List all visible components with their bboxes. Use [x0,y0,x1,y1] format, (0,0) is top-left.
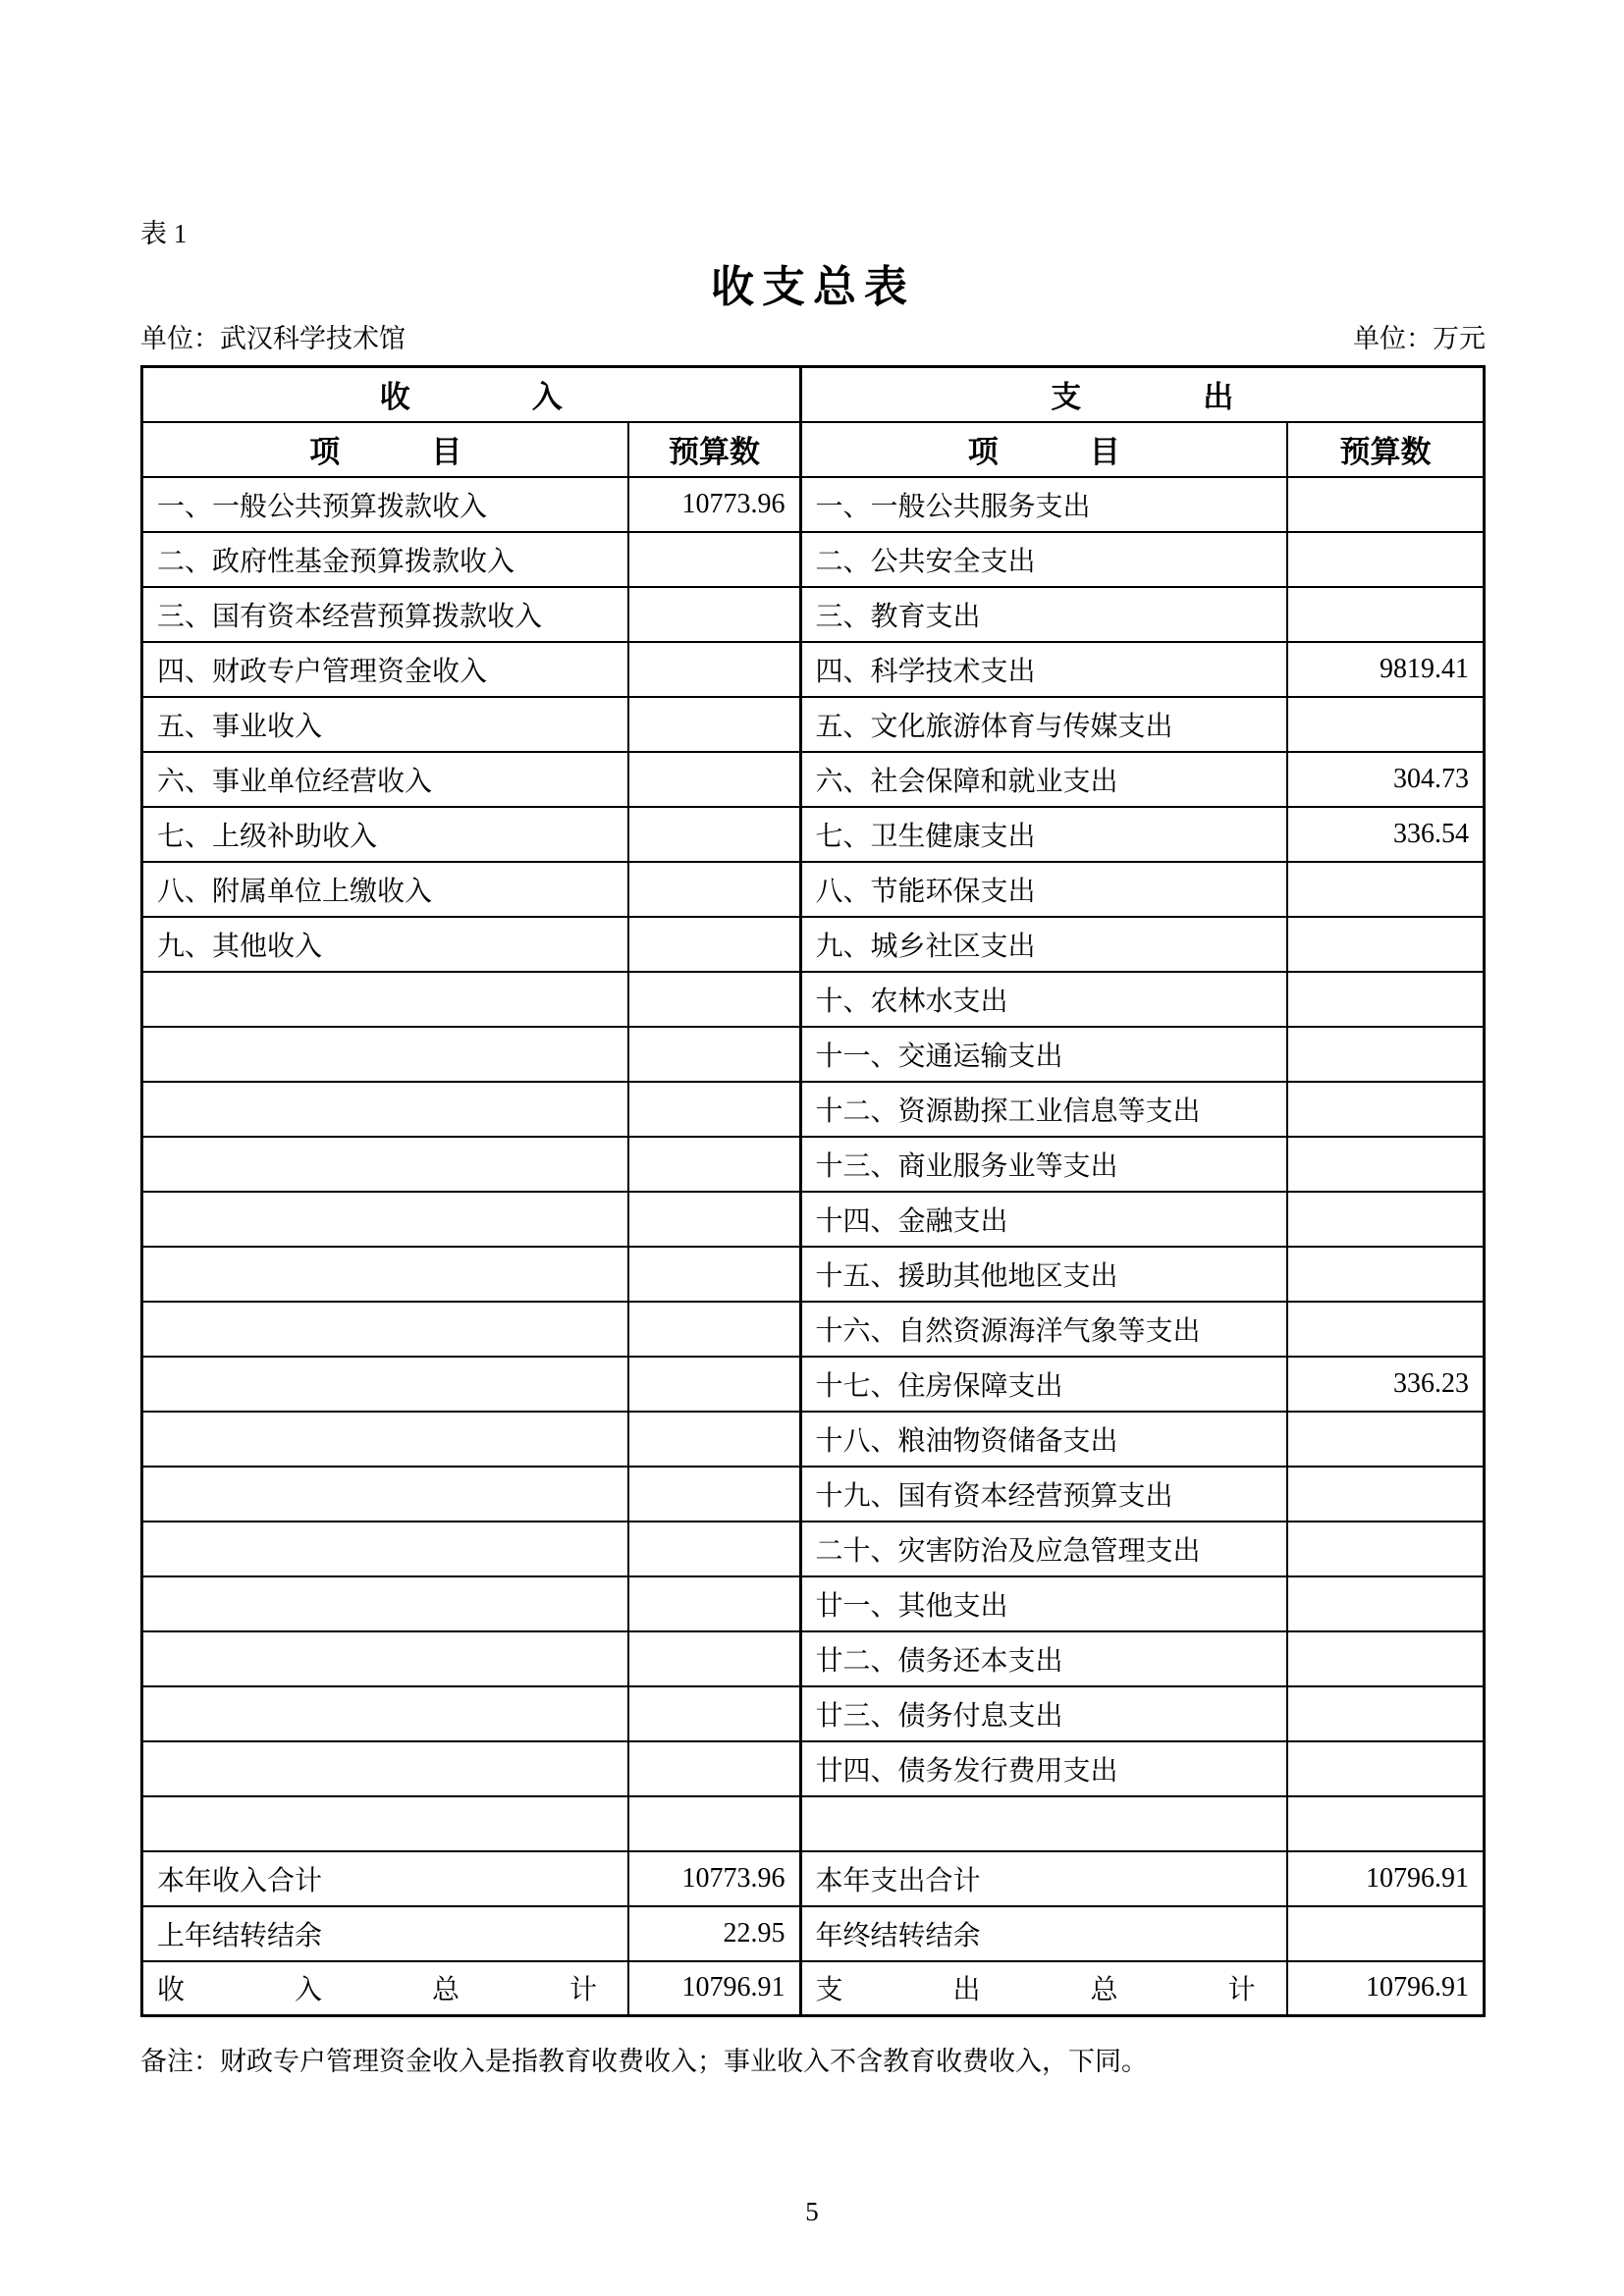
table-row: 十七、住房保障支出336.23 [142,1357,1485,1412]
table-number-label: 表 1 [140,212,187,250]
expense-value-cell [1287,1192,1485,1247]
income-item-cell: 七、上级补助收入 [142,807,629,862]
income-item-cell [142,1796,629,1851]
income-item-cell: 四、财政专户管理资金收入 [142,642,629,697]
income-item-cell [142,1192,629,1247]
expense-item-cell: 五、文化旅游体育与传媒支出 [800,697,1287,752]
expense-item-cell: 年终结转结余 [800,1906,1287,1961]
expense-value-cell [1287,532,1485,587]
income-value-cell [628,1137,800,1192]
expense-item-cell: 十二、资源勘探工业信息等支出 [800,1082,1287,1137]
table-row: 廿四、债务发行费用支出 [142,1741,1485,1796]
table-row: 十四、金融支出 [142,1192,1485,1247]
income-item-cell: 上年结转结余 [142,1906,629,1961]
table-row: 二、政府性基金预算拨款收入二、公共安全支出 [142,532,1485,587]
expense-item-cell: 四、科学技术支出 [800,642,1287,697]
income-item-cell [142,1686,629,1741]
income-value-cell [628,1192,800,1247]
expense-value-cell [1287,972,1485,1027]
income-item-cell: 六、事业单位经营收入 [142,752,629,807]
table-row: 三、国有资本经营预算拨款收入三、教育支出 [142,587,1485,642]
income-item-cell [142,1027,629,1082]
expense-item-cell: 十一、交通运输支出 [800,1027,1287,1082]
income-item-cell [142,1741,629,1796]
unit-name-label: 单位：武汉科学技术馆 [140,317,406,355]
table-row: 十二、资源勘探工业信息等支出 [142,1082,1485,1137]
expense-item-cell: 廿一、其他支出 [800,1576,1287,1631]
section-header-row: 收 入 支 出 [142,367,1485,422]
income-item-cell: 二、政府性基金预算拨款收入 [142,532,629,587]
income-value-cell [628,697,800,752]
budget-summary-table: 收 入 支 出 项 目 预算数 项 目 预算数 一、一般公共预算拨款收入1077… [140,365,1486,2017]
table-row [142,1796,1485,1851]
expense-value-cell [1287,1302,1485,1357]
table-row: 八、附属单位上缴收入八、节能环保支出 [142,862,1485,917]
income-value-cell [628,1467,800,1522]
expense-value-cell [1287,1741,1485,1796]
expense-item-cell: 十八、粮油物资储备支出 [800,1412,1287,1467]
expense-item-cell: 十九、国有资本经营预算支出 [800,1467,1287,1522]
page-number: 5 [0,2197,1624,2227]
expense-value-cell [1287,1686,1485,1741]
page-title: 收支总表 [140,251,1486,314]
expense-value-cell [1287,1522,1485,1576]
income-value-cell [628,752,800,807]
income-value-cell [628,972,800,1027]
expense-item-cell: 一、一般公共服务支出 [800,477,1287,532]
expense-value-cell: 10796.91 [1287,1961,1485,2016]
table-row: 廿三、债务付息支出 [142,1686,1485,1741]
income-item-cell: 九、其他收入 [142,917,629,972]
expense-item-cell: 十三、商业服务业等支出 [800,1137,1287,1192]
expense-item-cell: 十四、金融支出 [800,1192,1287,1247]
income-item-column-header: 项 目 [142,422,629,477]
expense-value-cell [1287,1906,1485,1961]
expense-value-cell [1287,1796,1485,1851]
unit-currency-label: 单位：万元 [1353,317,1486,355]
income-value-cell [628,1302,800,1357]
expense-value-cell [1287,1137,1485,1192]
table-row: 廿二、债务还本支出 [142,1631,1485,1686]
income-item-cell: 三、国有资本经营预算拨款收入 [142,587,629,642]
income-value-cell [628,1686,800,1741]
income-value-cell [628,587,800,642]
income-value-cell [628,917,800,972]
expense-item-cell: 廿四、债务发行费用支出 [800,1741,1287,1796]
income-item-cell [142,1631,629,1686]
document-page: 表 1 收支总表 单位：武汉科学技术馆 单位：万元 收 入 支 出 项 目 预算… [0,0,1624,2296]
expense-value-cell [1287,862,1485,917]
income-item-cell [142,1467,629,1522]
table-row: 十、农林水支出 [142,972,1485,1027]
table-row: 七、上级补助收入七、卫生健康支出336.54 [142,807,1485,862]
table-row: 十三、商业服务业等支出 [142,1137,1485,1192]
table-row: 六、事业单位经营收入六、社会保障和就业支出304.73 [142,752,1485,807]
table-row: 一、一般公共预算拨款收入10773.96一、一般公共服务支出 [142,477,1485,532]
expense-value-cell [1287,1467,1485,1522]
column-header-row: 项 目 预算数 项 目 预算数 [142,422,1485,477]
expense-item-cell: 十、农林水支出 [800,972,1287,1027]
expense-value-cell: 336.54 [1287,807,1485,862]
expense-item-cell: 八、节能环保支出 [800,862,1287,917]
income-value-cell [628,1247,800,1302]
expense-item-cell: 廿二、债务还本支出 [800,1631,1287,1686]
expense-item-cell: 本年支出合计 [800,1851,1287,1906]
income-value-cell [628,862,800,917]
expense-item-cell [800,1796,1287,1851]
income-value-cell [628,1082,800,1137]
expense-value-cell [1287,1027,1485,1082]
expense-item-cell: 十五、援助其他地区支出 [800,1247,1287,1302]
expense-value-cell [1287,1631,1485,1686]
income-item-cell: 收 入 总 计 [142,1961,629,2016]
income-value-cell [628,1412,800,1467]
expense-value-cell [1287,1247,1485,1302]
income-item-cell [142,972,629,1027]
income-item-cell [142,1576,629,1631]
unit-row: 单位：武汉科学技术馆 单位：万元 [140,317,1486,355]
table-row: 收 入 总 计10796.91支 出 总 计10796.91 [142,1961,1485,2016]
income-item-cell [142,1357,629,1412]
table-row: 十六、自然资源海洋气象等支出 [142,1302,1485,1357]
income-section-header: 收 入 [142,367,801,422]
income-value-cell [628,1522,800,1576]
income-item-cell [142,1302,629,1357]
income-item-cell: 本年收入合计 [142,1851,629,1906]
expense-item-cell: 二十、灾害防治及应急管理支出 [800,1522,1287,1576]
table-row: 十五、援助其他地区支出 [142,1247,1485,1302]
income-value-cell [628,1796,800,1851]
expense-item-cell: 二、公共安全支出 [800,532,1287,587]
income-value-cell [628,807,800,862]
expense-value-cell [1287,587,1485,642]
income-value-cell [628,1631,800,1686]
expense-value-cell: 336.23 [1287,1357,1485,1412]
expense-budget-column-header: 预算数 [1287,422,1485,477]
table-row: 九、其他收入九、城乡社区支出 [142,917,1485,972]
expense-item-cell: 三、教育支出 [800,587,1287,642]
table-row: 本年收入合计10773.96本年支出合计10796.91 [142,1851,1485,1906]
income-value-cell: 22.95 [628,1906,800,1961]
expense-value-cell [1287,1412,1485,1467]
income-item-cell [142,1082,629,1137]
expense-item-column-header: 项 目 [800,422,1287,477]
income-item-cell [142,1247,629,1302]
expense-item-cell: 七、卫生健康支出 [800,807,1287,862]
income-item-cell: 八、附属单位上缴收入 [142,862,629,917]
expense-item-cell: 廿三、债务付息支出 [800,1686,1287,1741]
table-row: 廿一、其他支出 [142,1576,1485,1631]
expense-item-cell: 六、社会保障和就业支出 [800,752,1287,807]
expense-value-cell [1287,697,1485,752]
expense-item-cell: 九、城乡社区支出 [800,917,1287,972]
income-budget-column-header: 预算数 [628,422,800,477]
table-row: 十八、粮油物资储备支出 [142,1412,1485,1467]
income-item-cell [142,1522,629,1576]
income-value-cell: 10796.91 [628,1961,800,2016]
expense-item-cell: 十七、住房保障支出 [800,1357,1287,1412]
expense-value-cell: 304.73 [1287,752,1485,807]
expense-section-header: 支 出 [800,367,1485,422]
expense-value-cell [1287,477,1485,532]
table-row: 五、事业收入五、文化旅游体育与传媒支出 [142,697,1485,752]
income-item-cell [142,1412,629,1467]
income-item-cell [142,1137,629,1192]
income-value-cell: 10773.96 [628,477,800,532]
table-row: 十九、国有资本经营预算支出 [142,1467,1485,1522]
income-value-cell [628,1576,800,1631]
footnote: 备注：财政专户管理资金收入是指教育收费收入；事业收入不含教育收费收入，下同。 [140,2040,1495,2078]
table-row: 四、财政专户管理资金收入四、科学技术支出9819.41 [142,642,1485,697]
income-value-cell [628,1741,800,1796]
income-value-cell [628,1027,800,1082]
income-item-cell: 五、事业收入 [142,697,629,752]
expense-value-cell: 10796.91 [1287,1851,1485,1906]
income-value-cell: 10773.96 [628,1851,800,1906]
income-value-cell [628,642,800,697]
expense-item-cell: 十六、自然资源海洋气象等支出 [800,1302,1287,1357]
table-row: 上年结转结余22.95年终结转结余 [142,1906,1485,1961]
table-row: 十一、交通运输支出 [142,1027,1485,1082]
expense-item-cell: 支 出 总 计 [800,1961,1287,2016]
expense-value-cell: 9819.41 [1287,642,1485,697]
income-item-cell: 一、一般公共预算拨款收入 [142,477,629,532]
expense-value-cell [1287,917,1485,972]
income-value-cell [628,1357,800,1412]
expense-value-cell [1287,1576,1485,1631]
table-row: 二十、灾害防治及应急管理支出 [142,1522,1485,1576]
income-value-cell [628,532,800,587]
expense-value-cell [1287,1082,1485,1137]
